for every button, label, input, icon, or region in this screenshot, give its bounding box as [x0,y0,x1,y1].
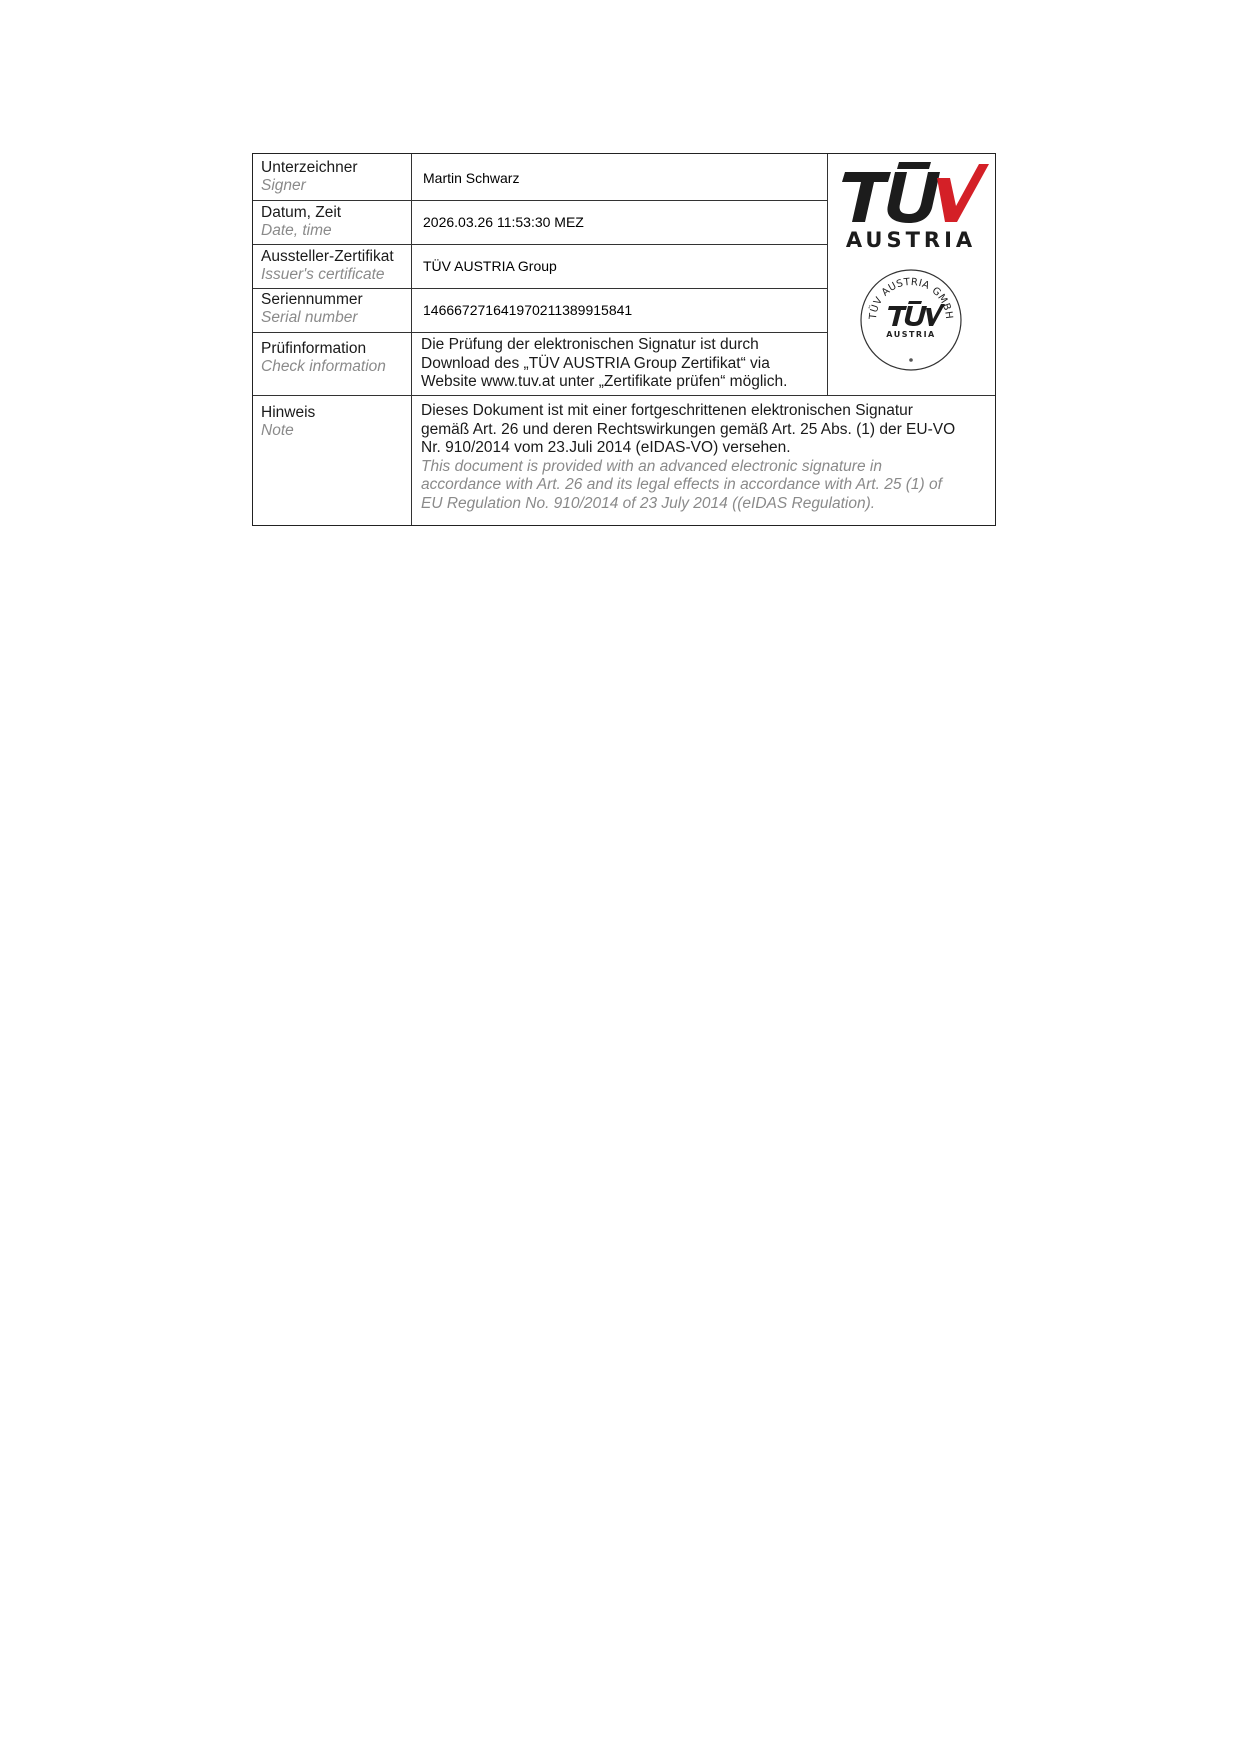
tuv-austria-logo: AUSTRIA TÜV AUSTRIA GMBH AUSTRIA [827,154,995,395]
note-line-de: Nr. 910/2014 vom 23.Juli 2014 (eIDAS-VO)… [421,439,991,458]
note-line-en: This document is provided with an advanc… [421,458,991,477]
note-line-de: Dieses Dokument ist mit einer fortgeschr… [421,402,991,421]
date-value: 2026.03.26 11:53:30 MEZ [423,213,584,231]
check-info-line: Die Prüfung der elektronischen Signatur … [421,336,821,355]
column-divider [411,154,412,525]
serial-label-de: Seriennummer [261,291,363,309]
check-label-de: Prüfinformation [261,340,386,358]
row-divider [253,288,827,289]
note-line-en: EU Regulation No. 910/2014 of 23 July 20… [421,495,991,514]
row-divider [253,200,827,201]
note-label: Hinweis Note [261,404,315,440]
check-info-text: Die Prüfung der elektronischen Signatur … [421,336,821,392]
note-text: Dieses Dokument ist mit einer fortgeschr… [421,402,991,513]
note-label-de: Hinweis [261,404,315,422]
date-label-de: Datum, Zeit [261,204,341,222]
check-label-en: Check information [261,358,386,376]
row-divider [253,395,995,396]
tuv-austria-logo-icon [839,158,989,228]
tuv-austria-seal-icon: TÜV AUSTRIA GMBH AUSTRIA [859,268,963,372]
signature-table: Unterzeichner Signer Martin Schwarz Datu… [252,153,996,526]
note-line-en: accordance with Art. 26 and its legal ef… [421,476,991,495]
signer-label: Unterzeichner Signer [261,159,358,195]
issuer-value: TÜV AUSTRIA Group [423,257,557,275]
signer-value: Martin Schwarz [423,169,519,187]
signer-label-en: Signer [261,177,358,195]
svg-text:AUSTRIA: AUSTRIA [886,330,936,339]
tuv-austria-subtitle: AUSTRIA [827,228,995,252]
serial-label: Seriennummer Serial number [261,291,363,327]
issuer-label: Aussteller-Zertifikat Issuer's certifica… [261,248,394,284]
signer-label-de: Unterzeichner [261,159,358,177]
note-line-de: gemäß Art. 26 und deren Rechtswirkungen … [421,421,991,440]
serial-value: 146667271641970211389915841 [423,301,632,319]
row-divider [253,332,827,333]
serial-label-en: Serial number [261,309,363,327]
note-label-en: Note [261,422,315,440]
issuer-label-en: Issuer's certificate [261,266,394,284]
row-divider [253,244,827,245]
check-info-line: Download des „TÜV AUSTRIA Group Zertifik… [421,355,821,374]
date-label-en: Date, time [261,222,341,240]
check-label: Prüfinformation Check information [261,340,386,376]
date-label: Datum, Zeit Date, time [261,204,341,240]
check-info-line: Website www.tuv.at unter „Zertifikate pr… [421,373,821,392]
issuer-label-de: Aussteller-Zertifikat [261,248,394,266]
